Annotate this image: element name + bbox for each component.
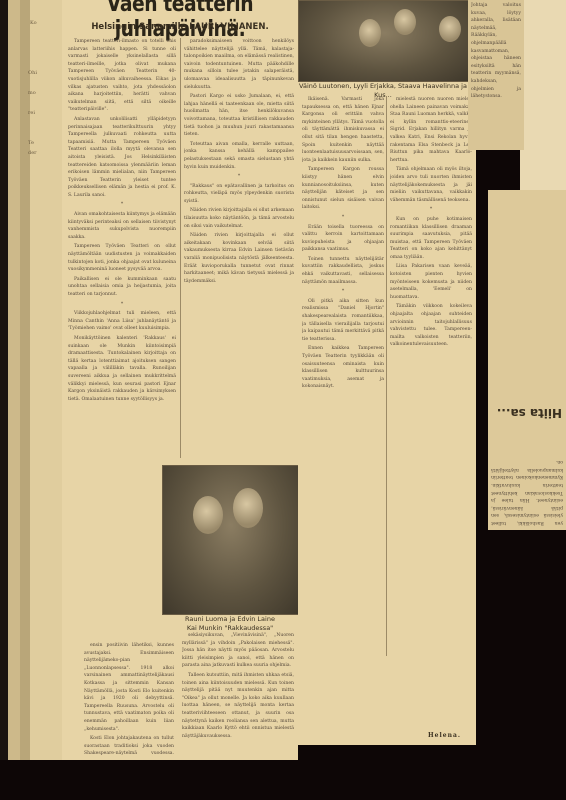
person-face [394,9,416,35]
man-face [233,488,263,528]
article-column-4: mielestä nuoren nuoren mielen ohella Lai… [390,96,472,616]
adjacent-clipping-text: Johtaja valoitus kuvaa, löytyy ahkeralla… [471,2,521,147]
paragraph: ensin positiivin lähetiksi, kunnes avust… [84,642,174,733]
column-rule [386,96,387,656]
section-divider-star: * [68,201,176,209]
blank-paper-piece [520,0,566,190]
left-strip-text-6: der [28,150,56,156]
article-clipping-right: Väinö Luutonen, Lyyli Erjakka, Staava Ha… [298,0,476,745]
paragraph: Tampereen Työväen Teatteri on ollut näyt… [68,243,176,273]
paragraph: Tämä ohjelmaan oli myös iltoja, joiden a… [390,166,472,204]
article-column-2: paradoksimaiseen voittoon henkilöys vähi… [184,38,294,458]
adjacent-clipping-top-right: Johtaja valoitus kuvaa, löytyy ahkeralla… [468,0,524,150]
article-column-3: Ikäisenä. Varmasti joka tapauksessa on, … [302,96,384,656]
section-divider-star: * [302,288,384,296]
article-signature: Helena. [428,732,461,739]
article-column-2-continued: sekäsiysikuvan, „Vievinävisinä", „Nuoren… [182,632,294,758]
paragraph: Oli pitkä aika sitten kun realismissa "D… [302,298,384,344]
paragraph: Näiden rivien kirjoittajalla ei ollut ar… [184,207,294,230]
left-strip-text-4: rei [28,110,56,116]
article-column-1: Tampereen teatteri-ilmasto on totelli eh… [68,38,176,613]
inverted-adjacent-clipping: Hiita sa... yen Rasholäkki, tulleet ylei… [488,190,566,530]
article-headline: Vaen teatterin juhlapäivinä. [80,0,281,42]
caption-line-1: Rauni Luoma ja Edvin Laine [162,615,298,624]
section-divider-star: * [302,214,384,222]
paragraph: Pastori Kargo ei usko Jumalaan, ei, että… [184,93,294,139]
paragraph: Monikäyttöinen kalenteri 'Rakkaus' ei su… [68,335,176,403]
section-divider-star: * [390,206,472,214]
paragraph: Anlastavan unkolilisatti ylläpidetyyn pe… [68,116,176,200]
section-divider-star: * [184,173,294,181]
paragraph: Liisa Pakarisen vaan keveää, kotoisten p… [390,263,472,301]
woman-face [193,496,223,534]
paragraph: sekäsiysikuvan, „Vievinävisinä", „Nuoren… [182,632,294,670]
paragraph: "Rakkaus" on epätavallinen ja tarkoitus … [184,183,294,206]
left-adjacent-clipping: Ko Ohi mo rei Te der [0,0,62,760]
paragraph: Tämäkin viikkoon kokeileva ohjaajalta oh… [390,303,472,349]
paragraph: Ennen kaikkea Tampereen Työväen Teatteri… [302,345,384,391]
left-strip-text-2: Ohi [28,70,56,76]
paragraph: Toinen tunnettu näyttelijätär kuvattiin … [302,256,384,286]
paragraph: Tampereen teatteri-ilmasto on totelli eh… [68,38,176,114]
paragraph: Kosti Elon johtajakautena on tullut suor… [84,735,174,757]
paragraph: paradoksimaiseen voittoon henkilöys vähi… [184,38,294,91]
paragraph: mielestä nuoren nuoren mielen ohella Lai… [390,96,472,164]
article-continuation-1: ensin positiivin lähetiksi, kunnes avust… [80,640,178,760]
paragraph: Aivan omakohtaisesta kiintymys ja elämää… [68,211,176,241]
paragraph: Paikallisen ei ole kumminkaan saatu unoh… [68,276,176,299]
left-strip-text-1: Ko [30,20,58,26]
paragraph: Talleen kutsuttiin, mitä ihmisten uhkaa … [182,672,294,740]
paragraph: Kun on puhe kotimaisen romantiikan klass… [390,216,472,262]
couple-photo [162,465,300,615]
paragraph: Ikäisenä. Varmasti joka tapauksessa on, … [302,96,384,164]
paragraph: Toteuttaa aivan omalla, kerralle uuttaan… [184,141,294,171]
article-column-1-continued: ensin positiivin lähetiksi, kunnes avust… [84,642,174,757]
person-face [359,19,381,47]
paragraph: Tampereen Kargon roussa kiistyy hänen el… [302,166,384,212]
group-photo [298,0,470,82]
inverted-clipping-text: yen Rasholäkki, tulleet yleisissä esiint… [491,196,563,526]
paragraph: Näiden rivien kirjoittajalla ei ollut ai… [184,232,294,285]
paragraph: Viikkojuhlaohjelmat tuli mieleen, että M… [68,310,176,333]
article-continuation-2: sekäsiysikuvan, „Vievinävisinä", „Nuoren… [178,630,298,760]
person-face [439,16,461,42]
left-strip-text-3: mo [28,90,56,96]
column-rule [180,38,181,458]
left-strip-text-5: Te [28,140,56,146]
article-byline: Helsingin Sanomille LAURI VILJANEN. [62,22,298,32]
paragraph: Erään toisella tuoreessa on valittu kerr… [302,224,384,254]
section-divider-star: * [68,301,176,309]
